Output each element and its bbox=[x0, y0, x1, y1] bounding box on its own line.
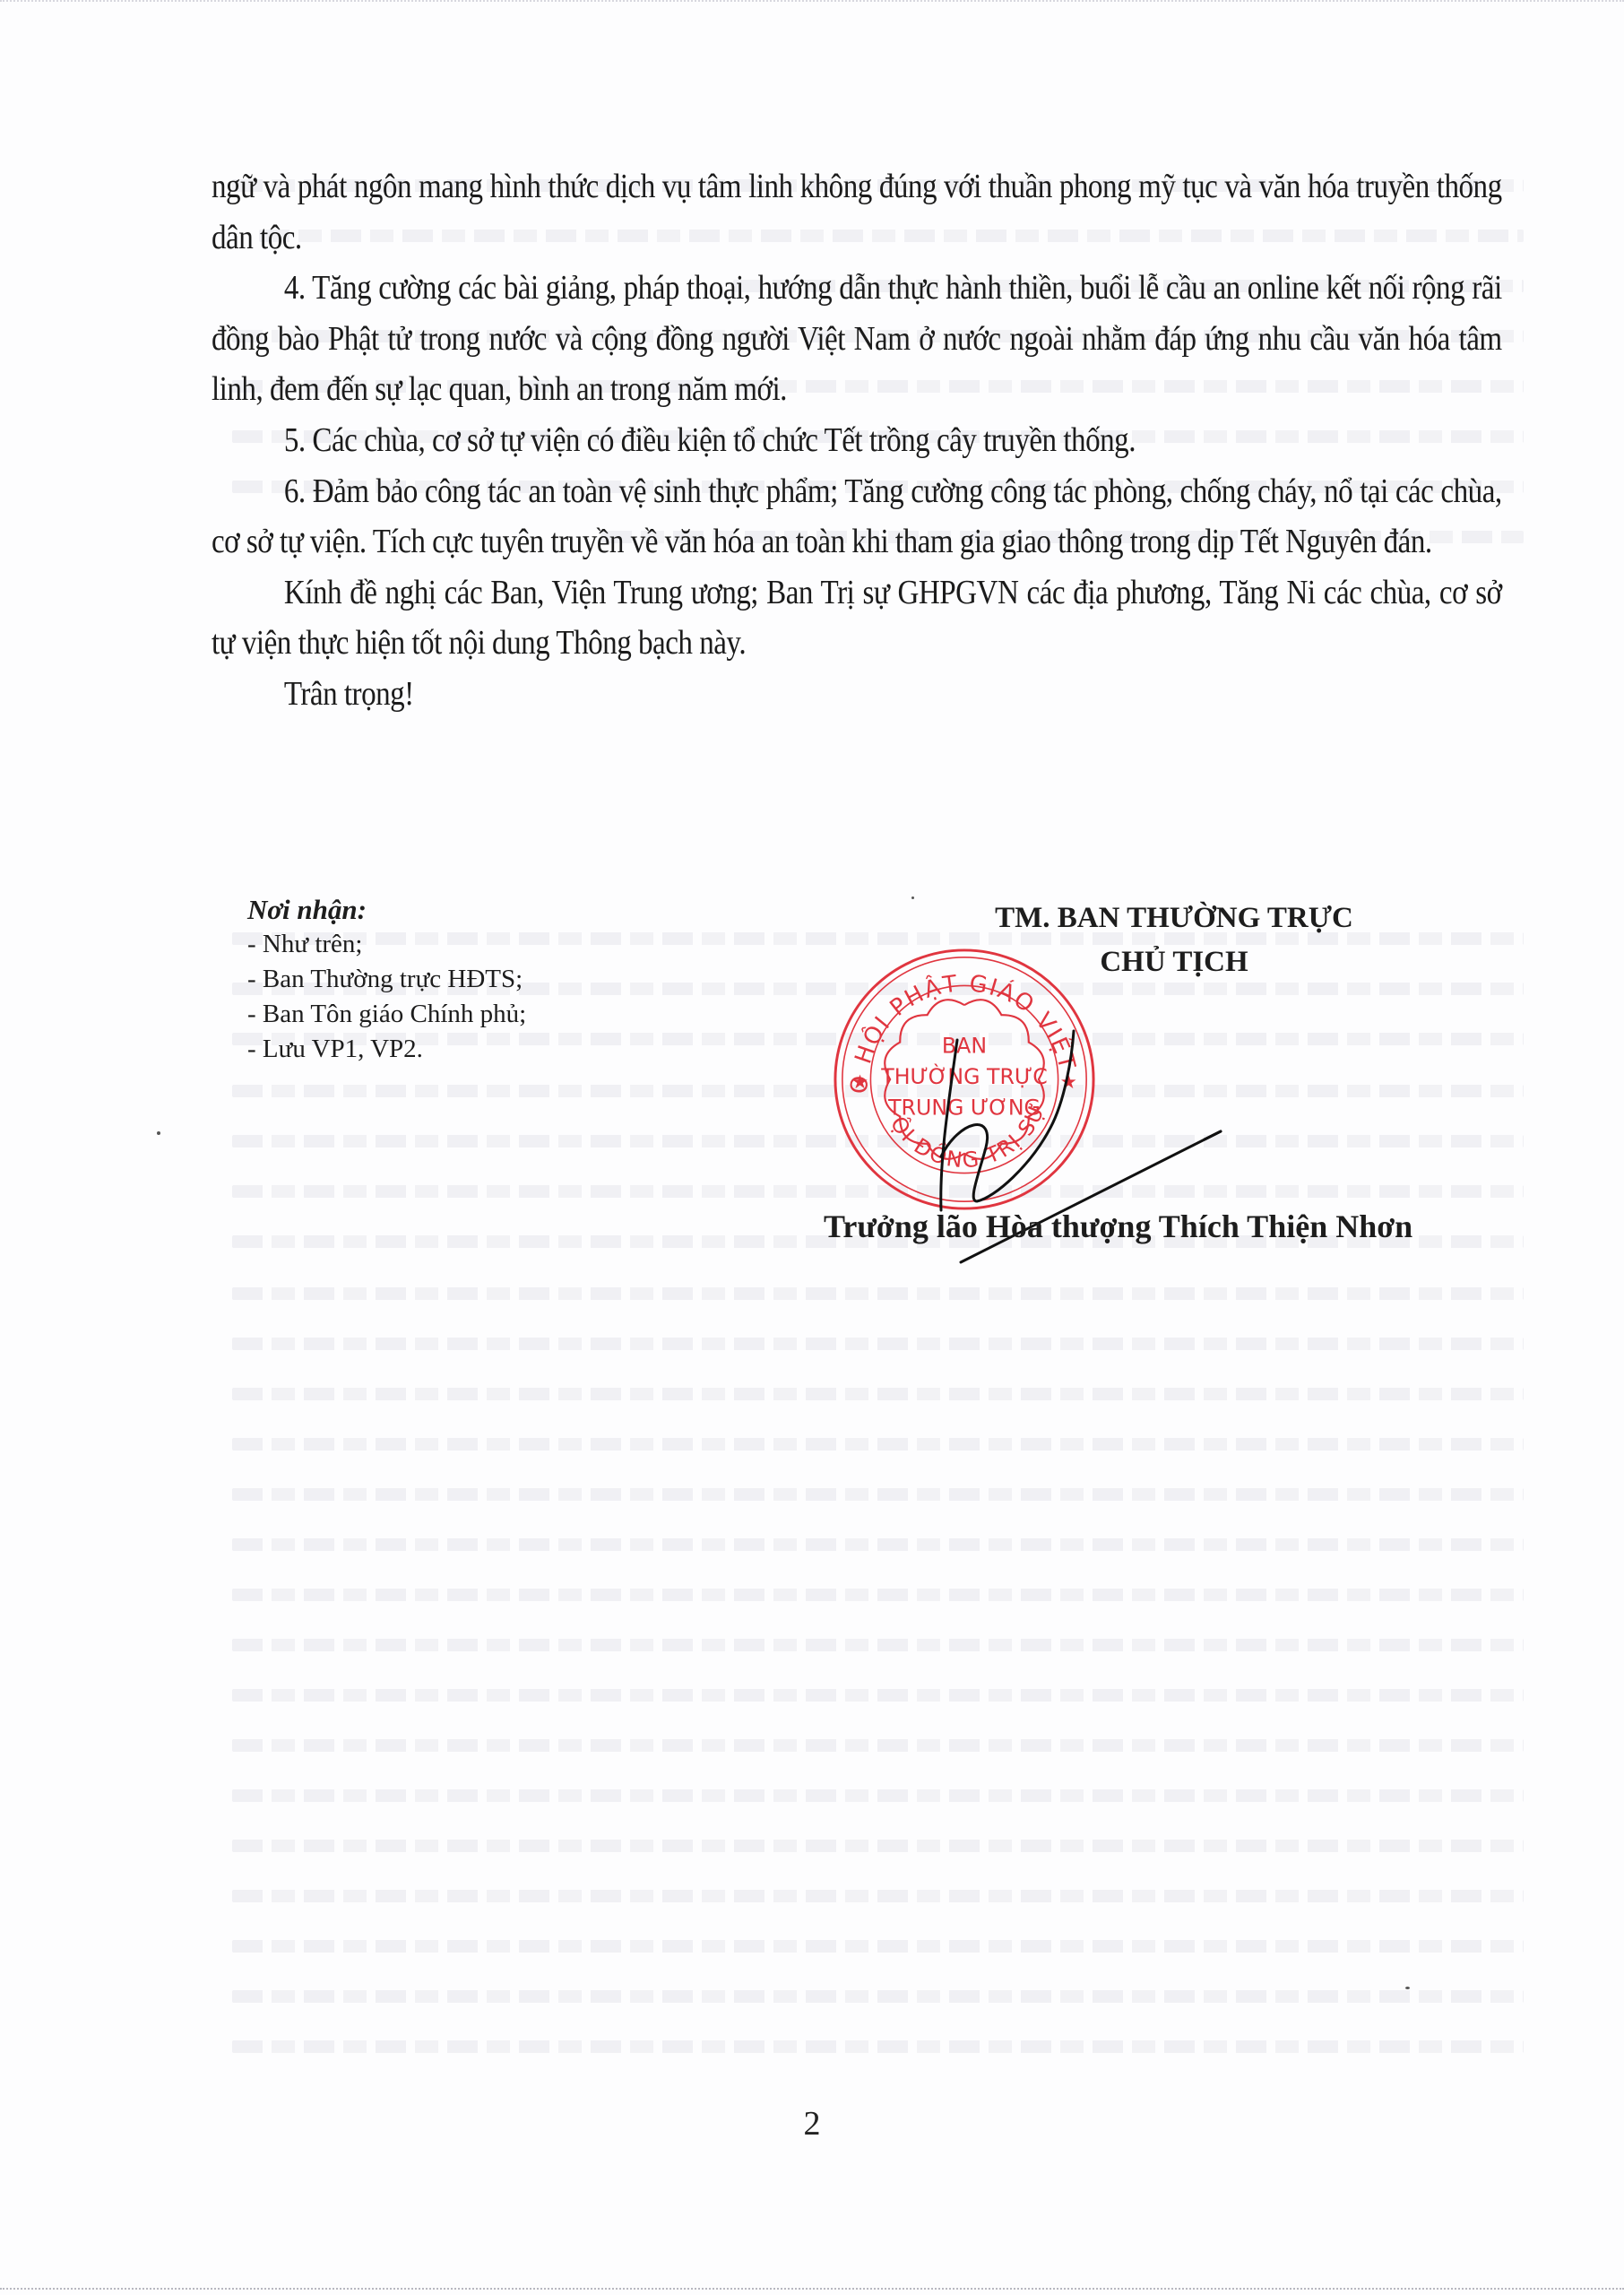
svg-text:★: ★ bbox=[851, 1071, 868, 1093]
recipients-title: Nơi nhận: bbox=[247, 892, 526, 927]
recipients-block: Nơi nhận: - Như trên; - Ban Thường trực … bbox=[247, 892, 526, 1067]
document-page: ngữ và phát ngôn mang hình thức dịch vụ … bbox=[0, 0, 1624, 2295]
scan-top-edge bbox=[0, 0, 1624, 7]
bleed-through-line bbox=[232, 1840, 1524, 1852]
bleed-through-line bbox=[232, 1388, 1524, 1400]
recipient-item: - Ban Thường trực HĐTS; bbox=[247, 962, 526, 997]
bleed-through-line bbox=[232, 1789, 1524, 1802]
bleed-through-line bbox=[232, 1338, 1524, 1350]
signer-name: Trưởng lão Hòa thượng Thích Thiện Nhơn bbox=[824, 1208, 1412, 1245]
bleed-through-line bbox=[232, 1589, 1524, 1601]
recipient-item: - Lưu VP1, VP2. bbox=[247, 1032, 526, 1067]
bleed-through-line bbox=[232, 1438, 1524, 1451]
body-paragraph: 4. Tăng cường các bài giảng, pháp thoại,… bbox=[212, 263, 1502, 415]
bleed-through-line bbox=[232, 1890, 1524, 1902]
body-paragraph: ngữ và phát ngôn mang hình thức dịch vụ … bbox=[212, 161, 1502, 263]
bleed-through-line bbox=[232, 2040, 1524, 2053]
body-paragraph: Trân trọng! bbox=[212, 669, 1502, 720]
bleed-through-line bbox=[232, 1990, 1524, 2003]
recipient-item: - Như trên; bbox=[247, 927, 526, 962]
body-paragraph: 5. Các chùa, cơ sở tự viện có điều kiện … bbox=[212, 415, 1502, 466]
bleed-through-line bbox=[232, 1488, 1524, 1501]
document-body: ngữ và phát ngôn mang hình thức dịch vụ … bbox=[212, 161, 1502, 720]
bleed-through-line bbox=[232, 1940, 1524, 1953]
bleed-through-line bbox=[232, 1538, 1524, 1551]
page-number: 2 bbox=[0, 2104, 1624, 2143]
body-paragraph: 6. Đảm bảo công tác an toàn vệ sinh thực… bbox=[212, 466, 1502, 567]
bleed-through-line bbox=[232, 1639, 1524, 1651]
bleed-through-line bbox=[232, 1739, 1524, 1752]
bleed-through-line bbox=[232, 1689, 1524, 1702]
scan-bottom-edge bbox=[0, 2286, 1624, 2290]
bleed-through-line bbox=[232, 1287, 1524, 1300]
signature-title-line: TM. BAN THƯỜNG TRỰC bbox=[923, 896, 1425, 940]
body-paragraph: Kính đề nghị các Ban, Viện Trung ương; B… bbox=[212, 567, 1502, 669]
recipient-item: - Ban Tôn giáo Chính phủ; bbox=[247, 997, 526, 1032]
